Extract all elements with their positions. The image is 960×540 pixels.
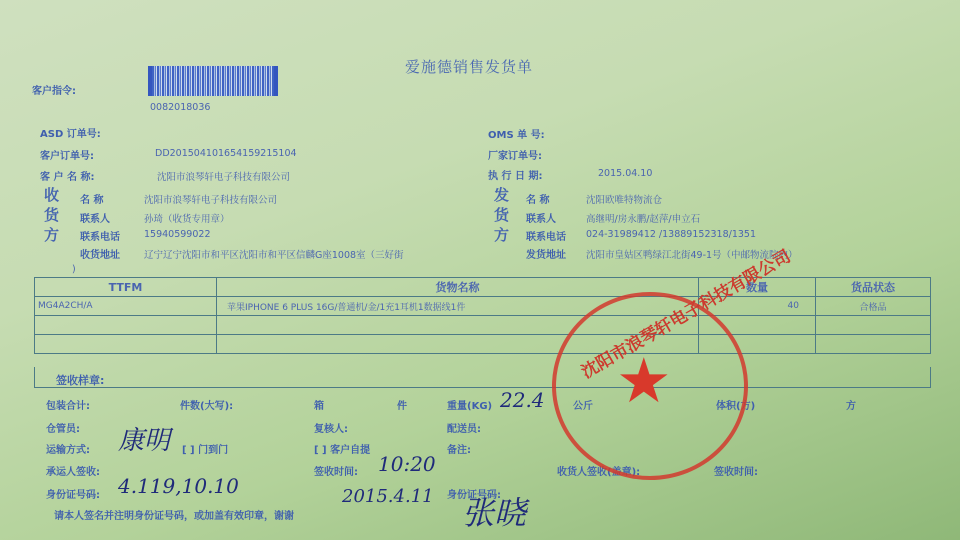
warehouse-signature: 康明: [118, 420, 170, 457]
sign-time-label-2: 签收时间:: [714, 463, 758, 478]
box-label: 箱: [314, 397, 324, 412]
id-number-value: 4.119,10.10: [118, 474, 239, 498]
transport-label: 运输方式:: [46, 441, 90, 456]
table-row: [35, 335, 931, 354]
document-title: 爱施德销售发货单: [405, 56, 533, 77]
asd-order-label: ASD 订单号:: [40, 125, 101, 140]
items-table: TTFM 货物名称 数量 货品状态 MG4A2CH/A 苹果IPHONE 6 P…: [34, 277, 931, 354]
sender-name-label: 名 称: [526, 191, 549, 206]
sender-phone-value: 024-31989412 /13889152318/1351: [586, 229, 756, 240]
sender-name-value: 沈阳欧唯特物流仓: [586, 192, 662, 206]
table-row: [35, 316, 931, 335]
package-total-label: 包装合计:: [46, 397, 90, 412]
table-header-row: TTFM 货物名称 数量 货品状态: [35, 278, 931, 297]
sign-date-value: 2015.4.11: [342, 486, 434, 507]
volume-unit: 方: [846, 397, 856, 412]
header-status: 货品状态: [816, 278, 931, 297]
remark-label: 备注:: [447, 441, 471, 456]
sender-phone-label: 联系电话: [526, 228, 566, 243]
customer-order-value: DD201504101654159215104: [155, 148, 297, 159]
weight-label: 重量(KG): [447, 397, 492, 412]
sign-sample-row: [34, 367, 931, 388]
warehouse-label: 仓管员:: [46, 420, 80, 435]
sender-side-1: 发: [494, 184, 509, 205]
customer-name-value: 沈阳市浪琴轩电子科技有限公司: [157, 169, 290, 183]
customer-name-label: 客 户 名 称:: [40, 168, 94, 183]
receiver-contact-label: 联系人: [80, 210, 110, 225]
sign-time-label: 签收时间:: [314, 463, 358, 478]
table-row: MG4A2CH/A 苹果IPHONE 6 PLUS 16G/普通机/金/1充1耳…: [35, 297, 931, 316]
exec-date-label: 执 行 日 期:: [488, 167, 542, 182]
barcode: [148, 66, 278, 96]
receiver-name-value: 沈阳市浪琴轩电子科技有限公司: [144, 192, 277, 206]
sender-contact-label: 联系人: [526, 210, 556, 225]
receiver-phone-value: 15940599022: [144, 229, 211, 240]
receiver-side-3: 方: [44, 224, 59, 245]
notice-text: 请本人签名并注明身份证号码，或加盖有效印章，谢谢: [54, 507, 294, 522]
barcode-number: 0082018036: [150, 102, 210, 113]
sender-side-2: 货: [494, 204, 509, 225]
receiver-contact-value: 孙琦（收货专用章）: [144, 211, 230, 225]
receiver-name-label: 名 称: [80, 191, 103, 206]
oms-label: OMS 单 号:: [488, 126, 545, 141]
sender-address-label: 发货地址: [526, 246, 566, 261]
customer-pickup-option[interactable]: [ ] 客户自提: [314, 441, 370, 456]
receiver-phone-label: 联系电话: [80, 228, 120, 243]
carrier-sign-label: 承运人签收:: [46, 463, 100, 478]
receiver-side-1: 收: [44, 184, 59, 205]
receiver-signature: 张晓: [462, 488, 526, 534]
piece-label: 件: [397, 397, 407, 412]
pieces-label: 件数(大写):: [180, 397, 233, 412]
factory-order-label: 厂家订单号:: [488, 147, 542, 162]
exec-date-value: 2015.04.10: [598, 168, 652, 179]
customer-instruction-label: 客户指令:: [32, 82, 76, 97]
customer-order-label: 客户订单号:: [40, 147, 94, 162]
delivery-label: 配送员:: [447, 420, 481, 435]
sender-side-3: 方: [494, 224, 509, 245]
sign-time-value: 10:20: [378, 452, 436, 476]
receiver-address-value: 辽宁辽宁沈阳市和平区沈阳市和平区信麟G座1008室（三好街: [144, 247, 404, 261]
weight-value: 22.4: [500, 388, 545, 412]
checker-label: 复核人:: [314, 420, 348, 435]
receiver-side-2: 货: [44, 204, 59, 225]
receiver-address-cont: ): [72, 264, 76, 275]
sign-sample-label: 签收样章:: [56, 372, 104, 388]
receiver-address-label: 收货地址: [80, 246, 120, 261]
cell-ttfm: MG4A2CH/A: [35, 297, 217, 316]
door-to-door-option[interactable]: [ ] 门到门: [182, 441, 228, 456]
sender-contact-value: 高继明/房永鹏/赵萍/申立石: [586, 211, 700, 225]
cell-status: 合格品: [816, 297, 931, 316]
id-number-label: 身份证号码:: [46, 486, 100, 501]
header-ttfm: TTFM: [35, 278, 217, 297]
